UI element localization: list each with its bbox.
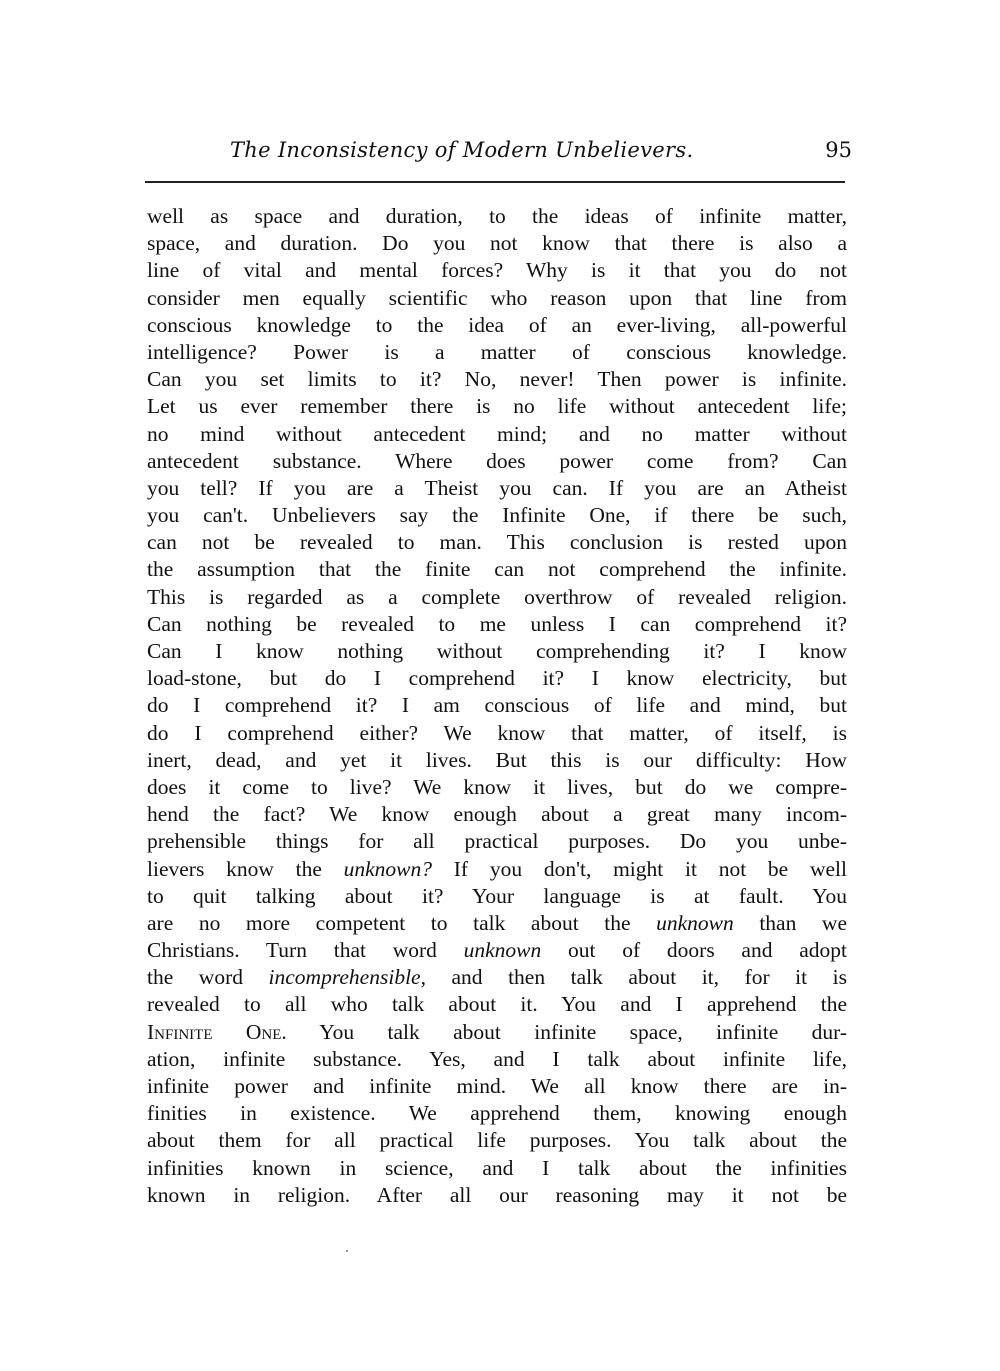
text-line: you can't. Unbelievers say the Infinite … [147, 502, 847, 529]
text-line: do I comprehend it? I am conscious of li… [147, 692, 847, 719]
text-line: infinite power and infinite mind. We all… [147, 1073, 847, 1100]
text-line: to quit talking about it? Your language … [147, 883, 847, 910]
italic-emphasis: unknown? [344, 857, 432, 881]
text-run: are no more competent to talk about the [147, 911, 656, 935]
text-line: prehensible things for all practical pur… [147, 828, 847, 855]
text-run: You talk about infinite space, infinite … [287, 1020, 847, 1044]
text-line: Can I know nothing without comprehending… [147, 638, 847, 665]
text-run: out of doors and adopt [541, 938, 847, 962]
text-line: line of vital and mental forces? Why is … [147, 257, 847, 284]
paper-speck [346, 1250, 348, 1252]
text-line: consider men equally scientific who reas… [147, 285, 847, 312]
text-run: lievers know the [147, 857, 344, 881]
text-line: conscious knowledge to the idea of an ev… [147, 312, 847, 339]
text-line: hend the fact? We know enough about a gr… [147, 801, 847, 828]
text-line: well as space and duration, to the ideas… [147, 203, 847, 230]
running-title: The Inconsistency of Modern Unbelievers. [230, 138, 750, 162]
text-line: do I comprehend either? We know that mat… [147, 720, 847, 747]
text-line: intelligence? Power is a matter of consc… [147, 339, 847, 366]
text-line: antecedent substance. Where does power c… [147, 448, 847, 475]
text-line: space, and duration. Do you not know tha… [147, 230, 847, 257]
text-run: and then talk about it, for it is [426, 965, 847, 989]
text-line: you tell? If you are a Theist you can. I… [147, 475, 847, 502]
text-line: Christians. Turn that word unknown out o… [147, 937, 847, 964]
text-run: than we [734, 911, 847, 935]
text-line: about them for all practical life purpos… [147, 1127, 847, 1154]
header-rule [145, 181, 845, 183]
text-line: the word incomprehensible, and then talk… [147, 964, 847, 991]
text-line: infinities known in science, and I talk … [147, 1155, 847, 1182]
text-line: no mind without antecedent mind; and no … [147, 421, 847, 448]
text-line: the assumption that the finite can not c… [147, 556, 847, 583]
text-line: Can you set limits to it? No, never! The… [147, 366, 847, 393]
text-line: does it come to live? We know it lives, … [147, 774, 847, 801]
text-line: revealed to all who talk about it. You a… [147, 991, 847, 1018]
body-text: well as space and duration, to the ideas… [147, 203, 847, 1209]
text-line: can not be revealed to man. This conclus… [147, 529, 847, 556]
text-line: known in religion. After all our reasoni… [147, 1182, 847, 1209]
italic-emphasis: unknown [464, 938, 542, 962]
italic-emphasis: incomprehensible, [269, 965, 426, 989]
text-line: This is regarded as a complete overthrow… [147, 584, 847, 611]
text-line: load-stone, but do I comprehend it? I kn… [147, 665, 847, 692]
text-line: Let us ever remember there is no life wi… [147, 393, 847, 420]
small-caps-name: Infinite One. [147, 1020, 287, 1044]
book-page: The Inconsistency of Modern Unbelievers.… [0, 0, 1000, 1371]
text-line: Can nothing be revealed to me unless I c… [147, 611, 847, 638]
italic-emphasis: unknown [656, 911, 734, 935]
page-number: 95 [812, 138, 852, 162]
text-line: inert, dead, and yet it lives. But this … [147, 747, 847, 774]
text-run: If you don't, might it not be well [432, 857, 847, 881]
text-line: are no more competent to talk about the … [147, 910, 847, 937]
text-run: Christians. Turn that word [147, 938, 464, 962]
text-line: finities in existence. We apprehend them… [147, 1100, 847, 1127]
text-line: lievers know the unknown? If you don't, … [147, 856, 847, 883]
text-line: Infinite One. You talk about infinite sp… [147, 1019, 847, 1046]
text-run: the word [147, 965, 269, 989]
text-line: ation, infinite substance. Yes, and I ta… [147, 1046, 847, 1073]
